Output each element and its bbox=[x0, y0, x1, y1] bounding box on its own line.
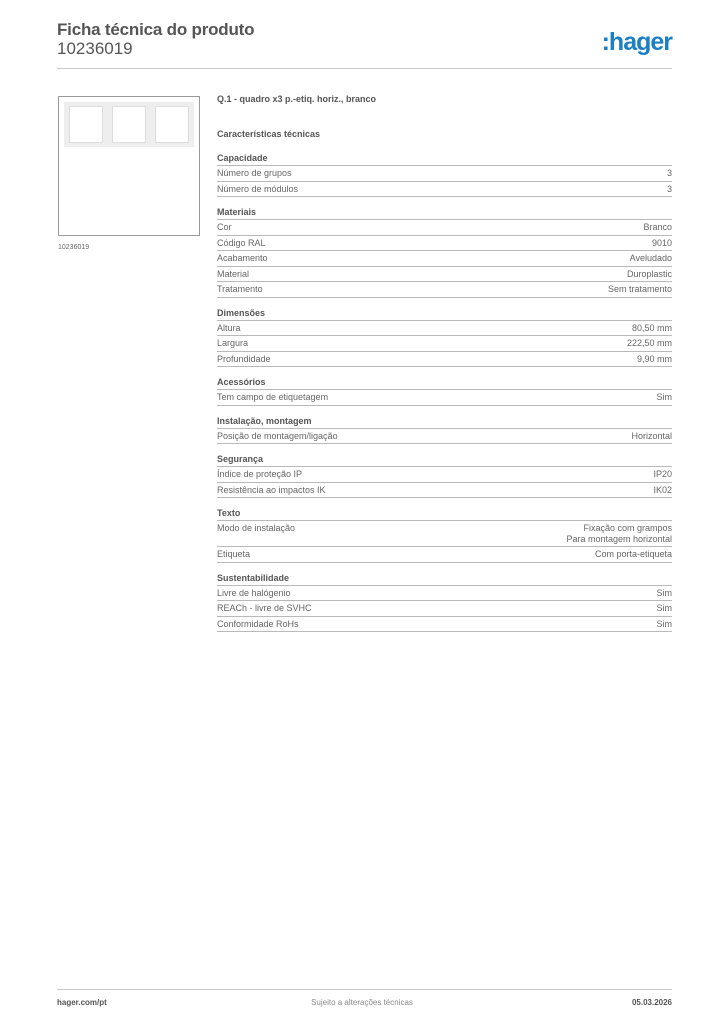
frame-illustration bbox=[64, 102, 194, 147]
image-caption: 10236019 bbox=[58, 244, 89, 251]
spec-value-line: Sim bbox=[657, 392, 673, 403]
spec-row: Altura80,50 mm bbox=[217, 321, 672, 337]
spec-label: Acabamento bbox=[217, 253, 268, 264]
spec-label: Profundidade bbox=[217, 354, 271, 365]
frame-opening bbox=[69, 106, 103, 143]
spec-label: Cor bbox=[217, 222, 232, 233]
spec-value: Sim bbox=[657, 588, 673, 599]
spec-group-title: Segurança bbox=[217, 454, 672, 467]
spec-value: 222,50 mm bbox=[627, 338, 672, 349]
section-heading: Características técnicas bbox=[217, 129, 672, 139]
spec-value-line: Sim bbox=[657, 588, 673, 599]
spec-value: Sim bbox=[657, 619, 673, 630]
spec-value-line: 3 bbox=[667, 184, 672, 195]
spec-value-line: Com porta-etiqueta bbox=[595, 549, 672, 560]
spec-value-line: Aveludado bbox=[630, 253, 672, 264]
product-name: Q.1 - quadro x3 p.-etiq. horiz., branco bbox=[217, 94, 672, 104]
spec-value-line: Para montagem horizontal bbox=[566, 534, 672, 545]
spec-group: AcessóriosTem campo de etiquetagemSim bbox=[217, 377, 672, 406]
spec-value: 3 bbox=[667, 168, 672, 179]
spec-label: Número de módulos bbox=[217, 184, 298, 195]
spec-row: MaterialDuroplastic bbox=[217, 267, 672, 283]
spec-group-title: Instalação, montagem bbox=[217, 416, 672, 429]
spec-label: Altura bbox=[217, 323, 241, 334]
spec-value: IK02 bbox=[653, 485, 672, 496]
spec-value-line: Sim bbox=[657, 603, 673, 614]
spec-value-line: 9,90 mm bbox=[637, 354, 672, 365]
spec-value-line: 80,50 mm bbox=[632, 323, 672, 334]
spec-value: 9,90 mm bbox=[637, 354, 672, 365]
spec-label: Índice de proteção IP bbox=[217, 469, 302, 480]
spec-group-title: Sustentabilidade bbox=[217, 573, 672, 586]
spec-group-title: Capacidade bbox=[217, 153, 672, 166]
spec-content: Q.1 - quadro x3 p.-etiq. horiz., branco … bbox=[217, 94, 672, 642]
spec-label: REACh - livre de SVHC bbox=[217, 603, 312, 614]
spec-row: Posição de montagem/ligaçãoHorizontal bbox=[217, 429, 672, 445]
spec-row: Livre de halógenioSim bbox=[217, 586, 672, 602]
spec-row: Número de módulos3 bbox=[217, 182, 672, 198]
spec-label: Tratamento bbox=[217, 284, 263, 295]
spec-row: AcabamentoAveludado bbox=[217, 251, 672, 267]
spec-row: CorBranco bbox=[217, 220, 672, 236]
spec-label: Modo de instalação bbox=[217, 523, 295, 534]
spec-value-line: Sim bbox=[657, 619, 673, 630]
spec-value: 3 bbox=[667, 184, 672, 195]
spec-value-line: 9010 bbox=[652, 238, 672, 249]
spec-row: Largura222,50 mm bbox=[217, 336, 672, 352]
spec-row: TratamentoSem tratamento bbox=[217, 282, 672, 298]
spec-row: REACh - livre de SVHCSim bbox=[217, 601, 672, 617]
spec-value-line: IP20 bbox=[653, 469, 672, 480]
spec-value: Sim bbox=[657, 603, 673, 614]
spec-row: Resistência ao impactos IKIK02 bbox=[217, 483, 672, 499]
spec-value-line: Duroplastic bbox=[627, 269, 672, 280]
spec-group: CapacidadeNúmero de grupos3Número de mód… bbox=[217, 153, 672, 197]
footer-notice: Sujeito a alterações técnicas bbox=[0, 998, 724, 1007]
spec-group: SegurançaÍndice de proteção IPIP20Resist… bbox=[217, 454, 672, 498]
spec-value-line: Sem tratamento bbox=[608, 284, 672, 295]
product-image bbox=[58, 96, 200, 236]
spec-group: SustentabilidadeLivre de halógenioSimREA… bbox=[217, 573, 672, 633]
spec-value: Branco bbox=[643, 222, 672, 233]
header-divider bbox=[57, 68, 672, 69]
document-title: Ficha técnica do produto bbox=[57, 20, 254, 40]
spec-value: Horizontal bbox=[631, 431, 672, 442]
spec-label: Livre de halógenio bbox=[217, 588, 291, 599]
spec-value-line: 3 bbox=[667, 168, 672, 179]
spec-label: Etiqueta bbox=[217, 549, 250, 560]
spec-row: Índice de proteção IPIP20 bbox=[217, 467, 672, 483]
product-code: 10236019 bbox=[57, 39, 133, 59]
spec-label: Tem campo de etiquetagem bbox=[217, 392, 328, 403]
frame-opening bbox=[112, 106, 146, 143]
spec-groups: CapacidadeNúmero de grupos3Número de mód… bbox=[217, 153, 672, 632]
spec-group: MateriaisCorBrancoCódigo RAL9010Acabamen… bbox=[217, 207, 672, 298]
spec-value-line: IK02 bbox=[653, 485, 672, 496]
spec-row: EtiquetaCom porta-etiqueta bbox=[217, 547, 672, 563]
spec-group: DimensõesAltura80,50 mmLargura222,50 mmP… bbox=[217, 308, 672, 368]
footer-divider bbox=[57, 989, 672, 990]
spec-value: IP20 bbox=[653, 469, 672, 480]
spec-value: Fixação com gramposPara montagem horizon… bbox=[566, 523, 672, 544]
spec-value: Duroplastic bbox=[627, 269, 672, 280]
spec-label: Resistência ao impactos IK bbox=[217, 485, 326, 496]
spec-value-line: Branco bbox=[643, 222, 672, 233]
spec-label: Largura bbox=[217, 338, 248, 349]
spec-row: Modo de instalaçãoFixação com gramposPar… bbox=[217, 521, 672, 547]
spec-group-title: Acessórios bbox=[217, 377, 672, 390]
spec-group-title: Texto bbox=[217, 508, 672, 521]
spec-value: Com porta-etiqueta bbox=[595, 549, 672, 560]
spec-value-line: Fixação com grampos bbox=[566, 523, 672, 534]
spec-row: Tem campo de etiquetagemSim bbox=[217, 390, 672, 406]
hager-logo: :hager bbox=[602, 28, 672, 57]
spec-row: Conformidade RoHsSim bbox=[217, 617, 672, 633]
frame-opening bbox=[155, 106, 189, 143]
spec-value-line: 222,50 mm bbox=[627, 338, 672, 349]
spec-value-line: Horizontal bbox=[631, 431, 672, 442]
footer-date: 05.03.2026 bbox=[632, 998, 672, 1007]
spec-value: Sem tratamento bbox=[608, 284, 672, 295]
spec-row: Profundidade9,90 mm bbox=[217, 352, 672, 368]
spec-value: 9010 bbox=[652, 238, 672, 249]
spec-label: Número de grupos bbox=[217, 168, 292, 179]
spec-label: Posição de montagem/ligação bbox=[217, 431, 338, 442]
spec-group: TextoModo de instalaçãoFixação com gramp… bbox=[217, 508, 672, 563]
spec-label: Conformidade RoHs bbox=[217, 619, 299, 630]
spec-group: Instalação, montagemPosição de montagem/… bbox=[217, 416, 672, 445]
spec-value: Aveludado bbox=[630, 253, 672, 264]
spec-label: Código RAL bbox=[217, 238, 266, 249]
spec-group-title: Dimensões bbox=[217, 308, 672, 321]
spec-value: 80,50 mm bbox=[632, 323, 672, 334]
spec-group-title: Materiais bbox=[217, 207, 672, 220]
spec-row: Número de grupos3 bbox=[217, 166, 672, 182]
spec-label: Material bbox=[217, 269, 249, 280]
spec-value: Sim bbox=[657, 392, 673, 403]
spec-row: Código RAL9010 bbox=[217, 236, 672, 252]
